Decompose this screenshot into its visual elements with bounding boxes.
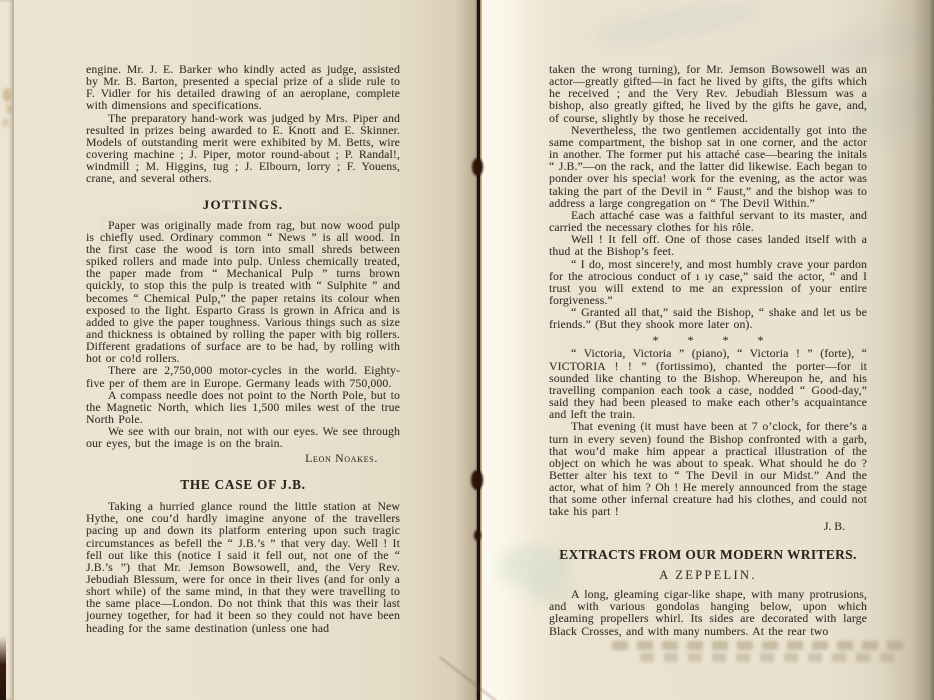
author-signature-jb: J. B. bbox=[549, 521, 867, 534]
author-signature-leon-noakes: Leon Noakes. bbox=[86, 453, 400, 466]
paragraph: Well ! It fell off. One of those cases l… bbox=[549, 234, 867, 258]
paragraph: A compass needle does not point to the N… bbox=[86, 390, 400, 426]
paragraph: Nevertheless, the two gentlemen accident… bbox=[549, 125, 867, 210]
left-page: engine. Mr. J. E. Barker who kindly acte… bbox=[86, 64, 400, 635]
paragraph: “ Victoria, Victoria ” (piano), “ Victor… bbox=[549, 348, 867, 421]
paragraph: taken the wrong turning), for Mr. Jemson… bbox=[549, 64, 867, 125]
paragraph: A long, gleaming cigar-like shape, with … bbox=[549, 589, 867, 638]
paragraph: engine. Mr. J. E. Barker who kindly acte… bbox=[86, 64, 400, 113]
paragraph: Each attaché case was a faithful servant… bbox=[549, 210, 867, 234]
gutter-fold-edge bbox=[480, 0, 482, 700]
section-heading-extracts: EXTRACTS FROM OUR MODERN WRITERS. bbox=[549, 547, 867, 563]
binding-ink-blob bbox=[471, 470, 483, 490]
gutter-shadow bbox=[455, 0, 477, 700]
paragraph: Paper was originally made from rag, but … bbox=[86, 220, 400, 366]
section-heading-jottings: JOTTINGS. bbox=[86, 197, 400, 213]
paragraph: “ Granted all that,” said the Bishop, “ … bbox=[549, 307, 867, 331]
paper-stain bbox=[2, 118, 9, 127]
page-corner-shadow bbox=[0, 636, 6, 700]
right-page: taken the wrong turning), for Mr. Jemson… bbox=[549, 64, 867, 638]
paragraph: The preparatory hand-work was judged by … bbox=[86, 113, 400, 186]
subheading-a-zeppelin: A ZEPPELIN. bbox=[549, 568, 867, 583]
binding-ink-blob bbox=[472, 158, 483, 176]
binding-ink-blob bbox=[474, 530, 481, 541]
paper-stain bbox=[3, 88, 11, 102]
paragraph: We see with our brain, not with our eyes… bbox=[86, 426, 400, 450]
paragraph: Taking a hurried glance round the little… bbox=[86, 501, 400, 635]
book-scan: engine. Mr. J. E. Barker who kindly acte… bbox=[0, 0, 934, 700]
paragraph: That evening (it must have been at 7 o’c… bbox=[549, 421, 867, 518]
paragraph: There are 2,750,000 motor-cycles in the … bbox=[86, 365, 400, 389]
section-heading-case-of-jb: THE CASE OF J.B. bbox=[86, 477, 400, 493]
paragraph: “ I do, most sincere!y, and most humbly … bbox=[549, 259, 867, 308]
paper-stain bbox=[6, 104, 12, 114]
asterisk-separator: * * * * bbox=[549, 335, 867, 346]
